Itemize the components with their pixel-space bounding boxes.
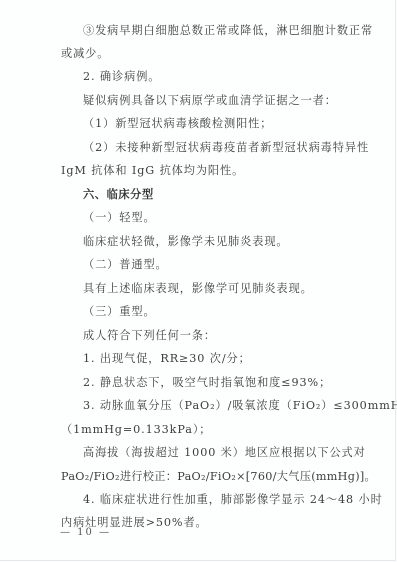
section-heading: 六、临床分型 xyxy=(83,188,154,202)
text-line: 3. 动脉血氧分压（PaO₂）/吸氧浓度（FiO₂）≤300mmHg xyxy=(83,399,397,413)
text-line: 或减少。 xyxy=(61,47,109,61)
text-line: 1. 出现气促，RR≥30 次/分； xyxy=(83,352,251,366)
text-line: （一）轻型。 xyxy=(83,211,156,225)
text-line: 具有上述临床表现，影像学可见肺炎表现。 xyxy=(83,282,313,296)
page-number: — 10 — xyxy=(60,527,111,538)
text-line: （三）重型。 xyxy=(83,305,156,319)
text-line: 高海拔（海拔超过 1000 米）地区应根据以下公式对 xyxy=(83,446,366,460)
text-line: （1mmHg=0.133kPa）； xyxy=(61,423,211,437)
text-line: 成人符合下列任何一条： xyxy=(83,329,216,343)
text-line: 临床症状轻微，影像学未见肺炎表现。 xyxy=(83,235,289,249)
text-line: ③发病早期白细胞总数正常或降低，淋巴细胞计数正常 xyxy=(83,24,373,38)
text-line: （二）普通型。 xyxy=(83,258,168,272)
text-line: IgM 抗体和 IgG 抗体均为阳性。 xyxy=(61,164,244,178)
text-line: 2. 确诊病例。 xyxy=(83,70,160,84)
text-line: 疑似病例具备以下病原学或血清学证据之一者： xyxy=(83,94,337,108)
text-line: PaO₂/FiO₂进行校正：PaO₂/FiO₂×[760/大气压(mmHg)]。 xyxy=(61,470,376,484)
text-line: （1）新型冠状病毒核酸检测阳性； xyxy=(83,117,272,131)
text-line: （2）未接种新型冠状病毒疫苗者新型冠状病毒特异性 xyxy=(83,141,369,155)
document-page: ③发病早期白细胞总数正常或降低，淋巴细胞计数正常 或减少。 2. 确诊病例。 疑… xyxy=(0,0,396,561)
text-line: 4. 临床症状进行性加重，肺部影像学显示 24～48 小时 xyxy=(83,493,383,507)
text-line: 2. 静息状态下，吸空气时指氧饱和度≤93%； xyxy=(83,376,331,390)
